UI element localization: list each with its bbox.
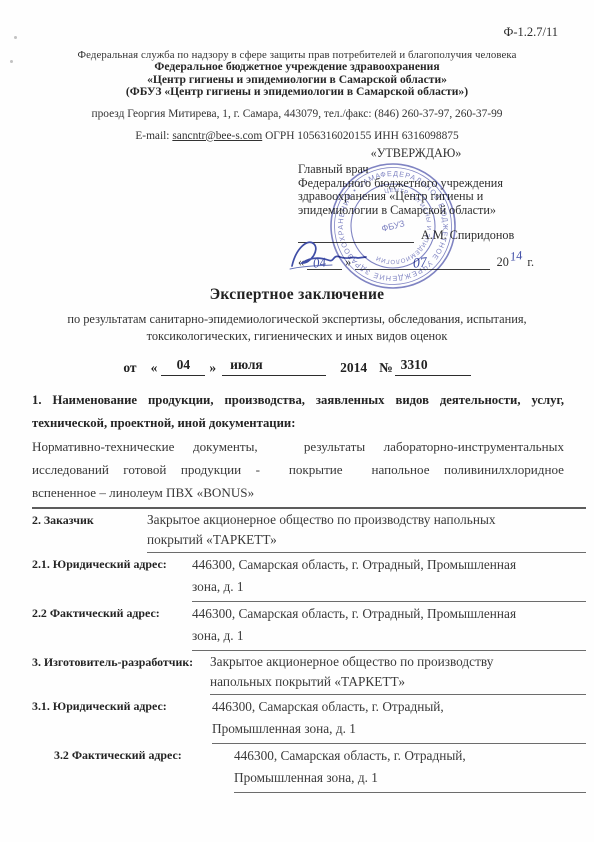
org-abbreviation: (ФБУЗ «Центр гигиены и эпидемиологии в С… <box>0 86 594 99</box>
field-label: 2.1. Юридический адрес: <box>32 553 192 572</box>
field-label: 2. Заказчик <box>32 509 147 528</box>
date-month: июля <box>222 357 326 376</box>
section-1-body-line: вспененное – линолеум ПВХ «BONUS» <box>32 481 564 504</box>
title-block: Экспертное заключение по результатам сан… <box>0 286 594 376</box>
field-value: 446300, Самарская область, г. Отрадный, … <box>192 602 586 651</box>
year-suffix: г. <box>527 256 534 270</box>
org-address-line: проезд Георгия Митирева, 1, г. Самара, 4… <box>0 108 594 121</box>
field-label: 3.2 Фактический адрес: <box>32 744 234 763</box>
quote-open: « <box>151 360 158 376</box>
field-value-line: 446300, Самарская область, г. Отрадный, <box>234 745 586 767</box>
field-manufacturer-actual-address: 3.2 Фактический адрес: 446300, Самарская… <box>32 744 586 793</box>
field-manufacturer: 3. Изготовитель-разработчик: Закрытое ак… <box>32 651 586 695</box>
field-value-line: 446300, Самарская область, г. Отрадный, … <box>192 603 586 625</box>
section-1-body-line: Нормативно-технические документы, резуль… <box>32 435 564 458</box>
section-1-product-name: 1. Наименование продукции, производства,… <box>32 389 564 504</box>
date-from-label: от <box>123 360 136 376</box>
email-link: sancntr@bee-s.com <box>172 130 262 142</box>
quote-close: » <box>209 360 216 376</box>
org-contact-line: E-mail: sancntr@bee-s.com ОГРН 105631602… <box>0 130 594 143</box>
field-customer-actual-address: 2.2 Фактический адрес: 446300, Самарская… <box>32 602 586 651</box>
document-number: 3310 <box>395 357 471 376</box>
field-value-line: зона, д. 1 <box>192 576 586 598</box>
section-1-heading-line: технической, проектной, иной документаци… <box>32 412 564 435</box>
field-value-line: напольных покрытий «ТАРКЕТТ» <box>210 672 586 692</box>
document-subtitle: по результатам санитарно-эпидемиологичес… <box>0 311 594 345</box>
ogrn-inn: ОГРН 1056316020155 ИНН 6316098875 <box>265 130 459 142</box>
field-label: 3. Изготовитель-разработчик: <box>32 651 210 670</box>
field-value: 446300, Самарская область, г. Отрадный, … <box>212 695 586 744</box>
document-title: Экспертное заключение <box>0 286 594 304</box>
email-label: E-mail: <box>135 130 169 142</box>
section-1-body-line: исследований готовой продукции - покрыти… <box>32 458 564 481</box>
field-value: Закрытое акционерное общество по произво… <box>210 651 586 695</box>
section-1-heading-line: 1. Наименование продукции, производства,… <box>32 389 564 412</box>
field-label: 3.1. Юридический адрес: <box>32 695 212 714</box>
field-value-line: зона, д. 1 <box>192 625 586 647</box>
subtitle-line: токсикологических, гигиенических и иных … <box>0 328 594 345</box>
field-value-line: Закрытое акционерное общество по произво… <box>147 510 586 530</box>
field-value-line: 446300, Самарская область, г. Отрадный, … <box>192 554 586 576</box>
form-code: Ф-1.2.7/11 <box>503 25 558 40</box>
field-customer: 2. Заказчик Закрытое акционерное обществ… <box>32 509 586 553</box>
field-value-line: Промышленная зона, д. 1 <box>234 767 586 789</box>
subtitle-line: по результатам санитарно-эпидемиологичес… <box>0 311 594 328</box>
scanned-document-page: Ф-1.2.7/11 Федеральная служба по надзору… <box>0 0 594 842</box>
field-value: 446300, Самарская область, г. Отрадный, … <box>234 744 586 793</box>
field-label: 2.2 Фактический адрес: <box>32 602 192 621</box>
field-value-line: 446300, Самарская область, г. Отрадный, <box>212 696 586 718</box>
scan-artifact <box>14 36 17 39</box>
field-value-line: Промышленная зона, д. 1 <box>212 718 586 740</box>
date-year: 2014 <box>340 360 367 376</box>
form-fields: 2. Заказчик Закрытое акционерное обществ… <box>32 507 586 793</box>
number-sign: № <box>379 360 393 376</box>
year-prefix: 20 <box>497 256 509 270</box>
org-type: Федеральное бюджетное учреждение здравоо… <box>0 61 594 74</box>
field-manufacturer-legal-address: 3.1. Юридический адрес: 446300, Самарска… <box>32 695 586 744</box>
field-value: Закрытое акционерное общество по произво… <box>147 509 586 553</box>
letterhead: Федеральная служба по надзору в сфере за… <box>0 49 594 143</box>
date-day: 04 <box>161 357 205 376</box>
field-customer-legal-address: 2.1. Юридический адрес: 446300, Самарска… <box>32 553 586 602</box>
field-value-line: покрытий «ТАРКЕТТ» <box>147 530 586 550</box>
field-value-line: Закрытое акционерное общество по произво… <box>210 652 586 672</box>
handwritten-year: 14 <box>509 249 523 264</box>
document-date-line: от « 04 » июля 2014 № 3310 <box>0 356 594 376</box>
field-value: 446300, Самарская область, г. Отрадный, … <box>192 553 586 602</box>
stamp-center-text: ФБУЗ <box>380 218 405 233</box>
